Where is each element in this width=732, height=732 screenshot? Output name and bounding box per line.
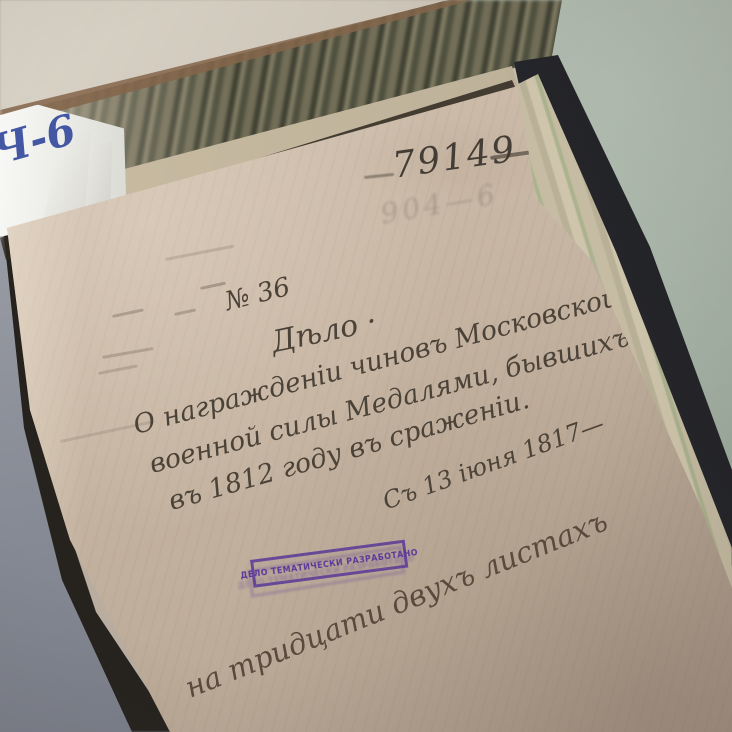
pencil-stroke	[174, 308, 196, 315]
case-number: № 36	[222, 272, 293, 317]
pencil-stroke	[165, 245, 234, 261]
pencil-stroke	[102, 347, 154, 359]
pencil-stroke	[112, 308, 144, 317]
pencil-stroke	[98, 364, 138, 375]
ink-dash	[364, 173, 394, 179]
sheet-count-note: на тридцати двухъ листахъ	[180, 503, 612, 704]
archive-photo: Ч-6 79149 904—6 № 36 Дѣло · О награждені…	[0, 0, 732, 732]
